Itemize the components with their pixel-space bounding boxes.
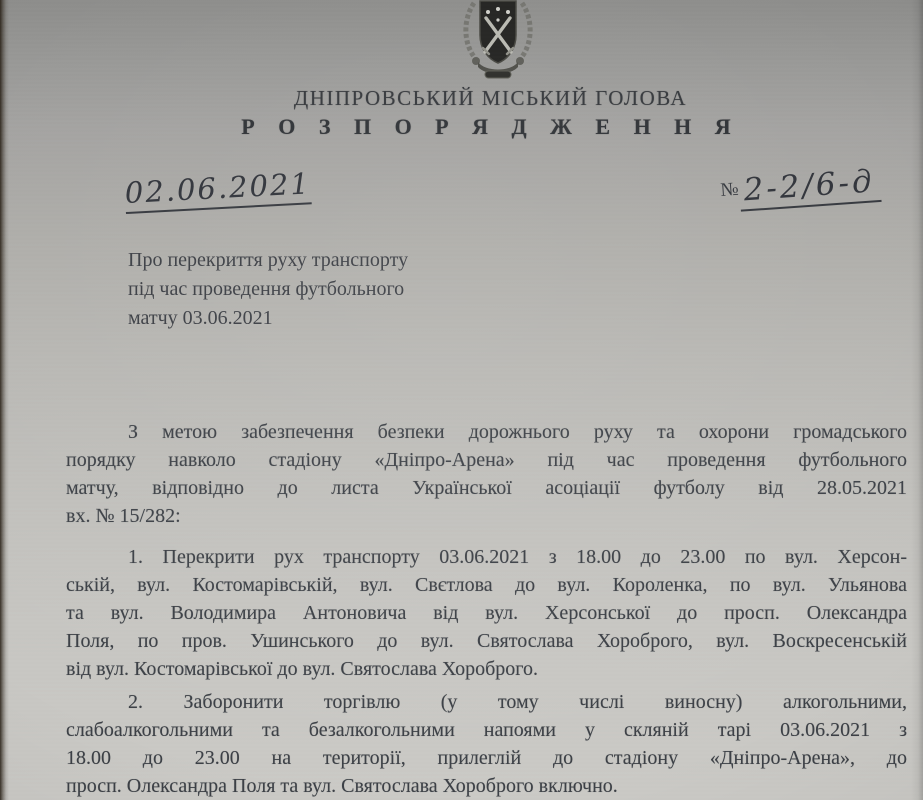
text-line: від вул. Костомарівської до вул. Святосл… xyxy=(66,655,907,683)
text-line: ській, вул. Костомарівській, вул. Свєтло… xyxy=(66,571,907,599)
text-line: матчу 03.06.2021 xyxy=(128,304,508,333)
dnipro-coat-of-arms-icon xyxy=(452,0,544,82)
paragraph-item-2: 2. Заборонити торгівлю (у тому числі вин… xyxy=(66,688,907,800)
text-line: З метою забезпечення безпеки дорожнього … xyxy=(66,418,907,446)
text-line: слабоалкогольними та безалкогольними нап… xyxy=(66,716,907,744)
text-line: вх. № 15/282: xyxy=(66,502,907,530)
number-sign: № xyxy=(720,179,741,201)
scanned-document-page: ДНІПРОВСЬКИЙ МІСЬКИЙ ГОЛОВА Р О З П О Р … xyxy=(0,0,923,800)
text-line: та вул. Володимира Антоновича від вул. Х… xyxy=(66,599,907,627)
text-line: 2. Заборонити торгівлю (у тому числі вин… xyxy=(66,688,907,716)
handwritten-number: 2-2/6-д xyxy=(738,163,882,212)
paragraph-intro: З метою забезпечення безпеки дорожнього … xyxy=(66,418,907,530)
text-line: 18.00 до 23.00 на території, прилеглій д… xyxy=(66,744,907,772)
text-line: під час проведення футбольного xyxy=(128,275,508,304)
issuer-title: ДНІПРОВСЬКИЙ МІСЬКИЙ ГОЛОВА xyxy=(58,86,923,111)
text-line: Про перекриття руху транспорту xyxy=(128,246,508,275)
text-line: 1. Перекрити рух транспорту 03.06.2021 з… xyxy=(66,543,907,571)
text-line: матчу, відповідно до листа Української а… xyxy=(66,474,907,502)
text-line: порядку навколо стадіону «Дніпро-Арена» … xyxy=(66,446,907,474)
text-line: просп. Олександра Поля та вул. Святослав… xyxy=(66,772,907,800)
document-type-title: Р О З П О Р Я Д Ж Е Н Н Я xyxy=(58,114,923,140)
handwritten-date: 02.06.2021 xyxy=(124,166,312,214)
paragraph-item-1: 1. Перекрити рух транспорту 03.06.2021 з… xyxy=(66,543,907,683)
subject-block: Про перекриття руху транспортупід час пр… xyxy=(128,246,508,333)
document-number: №2-2/6-д xyxy=(719,162,897,213)
text-line: Поля, по пров. Ушинського до вул. Святос… xyxy=(66,627,907,655)
